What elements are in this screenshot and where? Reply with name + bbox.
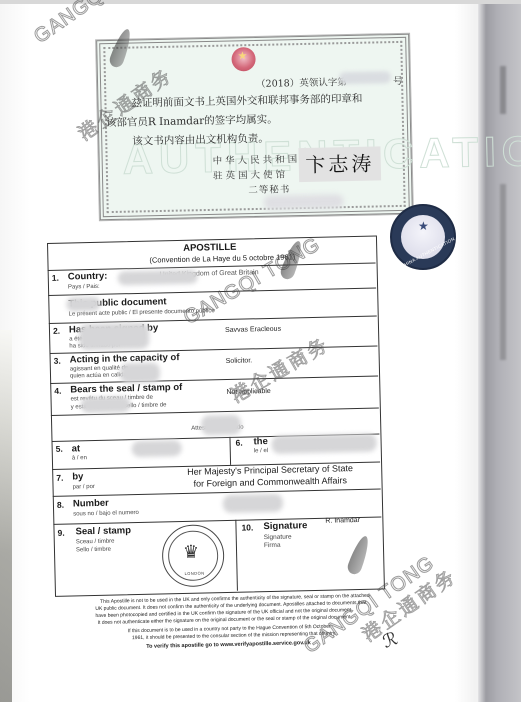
- field-value-signature: R. Inamdar: [325, 517, 360, 525]
- field-label-by: by: [72, 471, 83, 482]
- china-authentication-seal: ★ CHINA AUTHENTICATION: [390, 204, 456, 270]
- field-number: 5.: [56, 444, 63, 454]
- redacted-area: [81, 396, 131, 413]
- field-label-number: Number: [73, 498, 109, 510]
- field-value-signed-by: Savvas Eracleous: [225, 326, 281, 334]
- field-label-country: Country:: [68, 271, 108, 283]
- field-number: 10.: [241, 522, 253, 532]
- star-icon: ★: [418, 219, 429, 233]
- royal-crest-icon: ♛: [183, 542, 200, 563]
- field-sublabel: Sceau / timbre: [76, 539, 115, 546]
- official-signature: 卞志涛: [298, 146, 381, 182]
- field-number: 6.: [235, 438, 242, 448]
- redacted-apostille-number: [223, 494, 283, 513]
- seal-city: LONDON: [184, 571, 204, 576]
- issuing-country: 中华人民共和国: [213, 151, 301, 167]
- field-number: 2.: [53, 326, 60, 336]
- official-title: 二等秘书: [248, 181, 290, 196]
- reference-prefix: （2018）英领认字第: [256, 77, 347, 90]
- issuing-embassy: 驻英国大使馆: [213, 166, 288, 182]
- field-sublabel: Sello / timbre: [76, 547, 111, 554]
- reference-suffix: 号: [393, 73, 403, 87]
- field-number: 1.: [52, 273, 59, 283]
- field-label-seal-stamp: Seal / stamp: [75, 525, 131, 537]
- redacted-reference-number: [339, 71, 391, 84]
- redacted-area: [201, 415, 241, 436]
- field-sublabel: le / el: [254, 448, 268, 454]
- field-number: 7.: [56, 473, 63, 483]
- field-sublabel: à / en: [72, 455, 87, 461]
- redacted-area: [263, 194, 343, 210]
- redacted-area: [66, 297, 100, 312]
- apostille-title: APOSTILLE: [183, 242, 237, 254]
- edge-text-blur: [500, 66, 506, 114]
- field-number: 3.: [54, 356, 61, 366]
- redacted-area: [132, 440, 182, 457]
- field-label-at: at: [72, 443, 81, 454]
- field-label-signature: Signature: [263, 520, 307, 532]
- field-sublabel: par / por: [72, 484, 94, 491]
- field-number: 4.: [54, 386, 61, 396]
- field-label-the: the: [253, 436, 267, 447]
- field-sublabel: Pays / Pais:: [68, 284, 100, 291]
- field-sublabel: Signature: [264, 534, 292, 542]
- field-number: 8.: [57, 500, 64, 510]
- page-right-binding-edge: [478, 4, 521, 702]
- certificate-reference: （2018）英领认字第: [256, 74, 347, 90]
- redacted-area: [271, 434, 376, 454]
- page-left-shadow: [0, 330, 12, 702]
- edge-text-blur: [500, 184, 506, 360]
- field-value-capacity: Solicitor.: [226, 357, 253, 365]
- field-number: 9.: [57, 528, 64, 538]
- redacted-area: [120, 362, 160, 383]
- certificate-text-line-3: 该文书内容由出文机构负责。: [132, 131, 269, 149]
- redacted-area: [118, 270, 198, 286]
- redacted-area: [79, 323, 150, 351]
- field-sublabel: Firma: [264, 542, 281, 549]
- chinese-legalisation-certificate: AUTHENTICATION （2018）英领认字第 号 兹证明前面文书上英国外…: [96, 34, 413, 221]
